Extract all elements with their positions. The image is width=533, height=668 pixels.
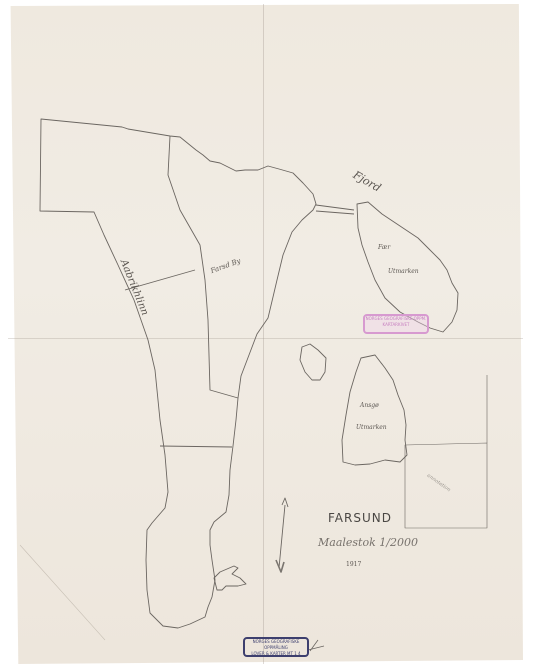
map-year: 1917 bbox=[346, 561, 361, 568]
map-scale: Maalestok 1/2000 bbox=[318, 536, 418, 549]
signature-mark bbox=[308, 640, 324, 651]
label-east-island-sub: Utmarken bbox=[388, 268, 419, 275]
stamp-pink-line2: KARTARKIVET bbox=[365, 322, 427, 328]
mainland-outline bbox=[40, 119, 316, 628]
label-south-island-name: Ansgø bbox=[360, 402, 379, 409]
label-south-island-sub: Utmarken bbox=[356, 424, 387, 431]
map-drawing bbox=[0, 0, 533, 668]
stamp-blue-line2: LOVER & KARTER MT 1 4 bbox=[245, 651, 307, 657]
faint-diagonal bbox=[20, 545, 105, 640]
archive-stamp-blue: NORGES GEOGRAFISKE OPPMÅLING LOVER & KAR… bbox=[243, 637, 309, 657]
bridge bbox=[316, 205, 354, 214]
north-arrow-icon bbox=[279, 498, 288, 568]
pier-feature bbox=[214, 566, 246, 590]
archive-stamp-pink: NORGES GEOGRAFISKE OPPM. KARTARKIVET bbox=[363, 314, 429, 334]
district-crossline-south bbox=[160, 446, 232, 447]
south-island-outline bbox=[342, 355, 407, 465]
small-island-outline bbox=[300, 344, 326, 380]
stamp-blue-line1: NORGES GEOGRAFISKE OPPMÅLING bbox=[245, 639, 307, 651]
east-island-outline bbox=[357, 202, 458, 332]
map-title: FARSUND bbox=[328, 511, 392, 525]
label-east-island-name: Fær bbox=[378, 244, 390, 251]
